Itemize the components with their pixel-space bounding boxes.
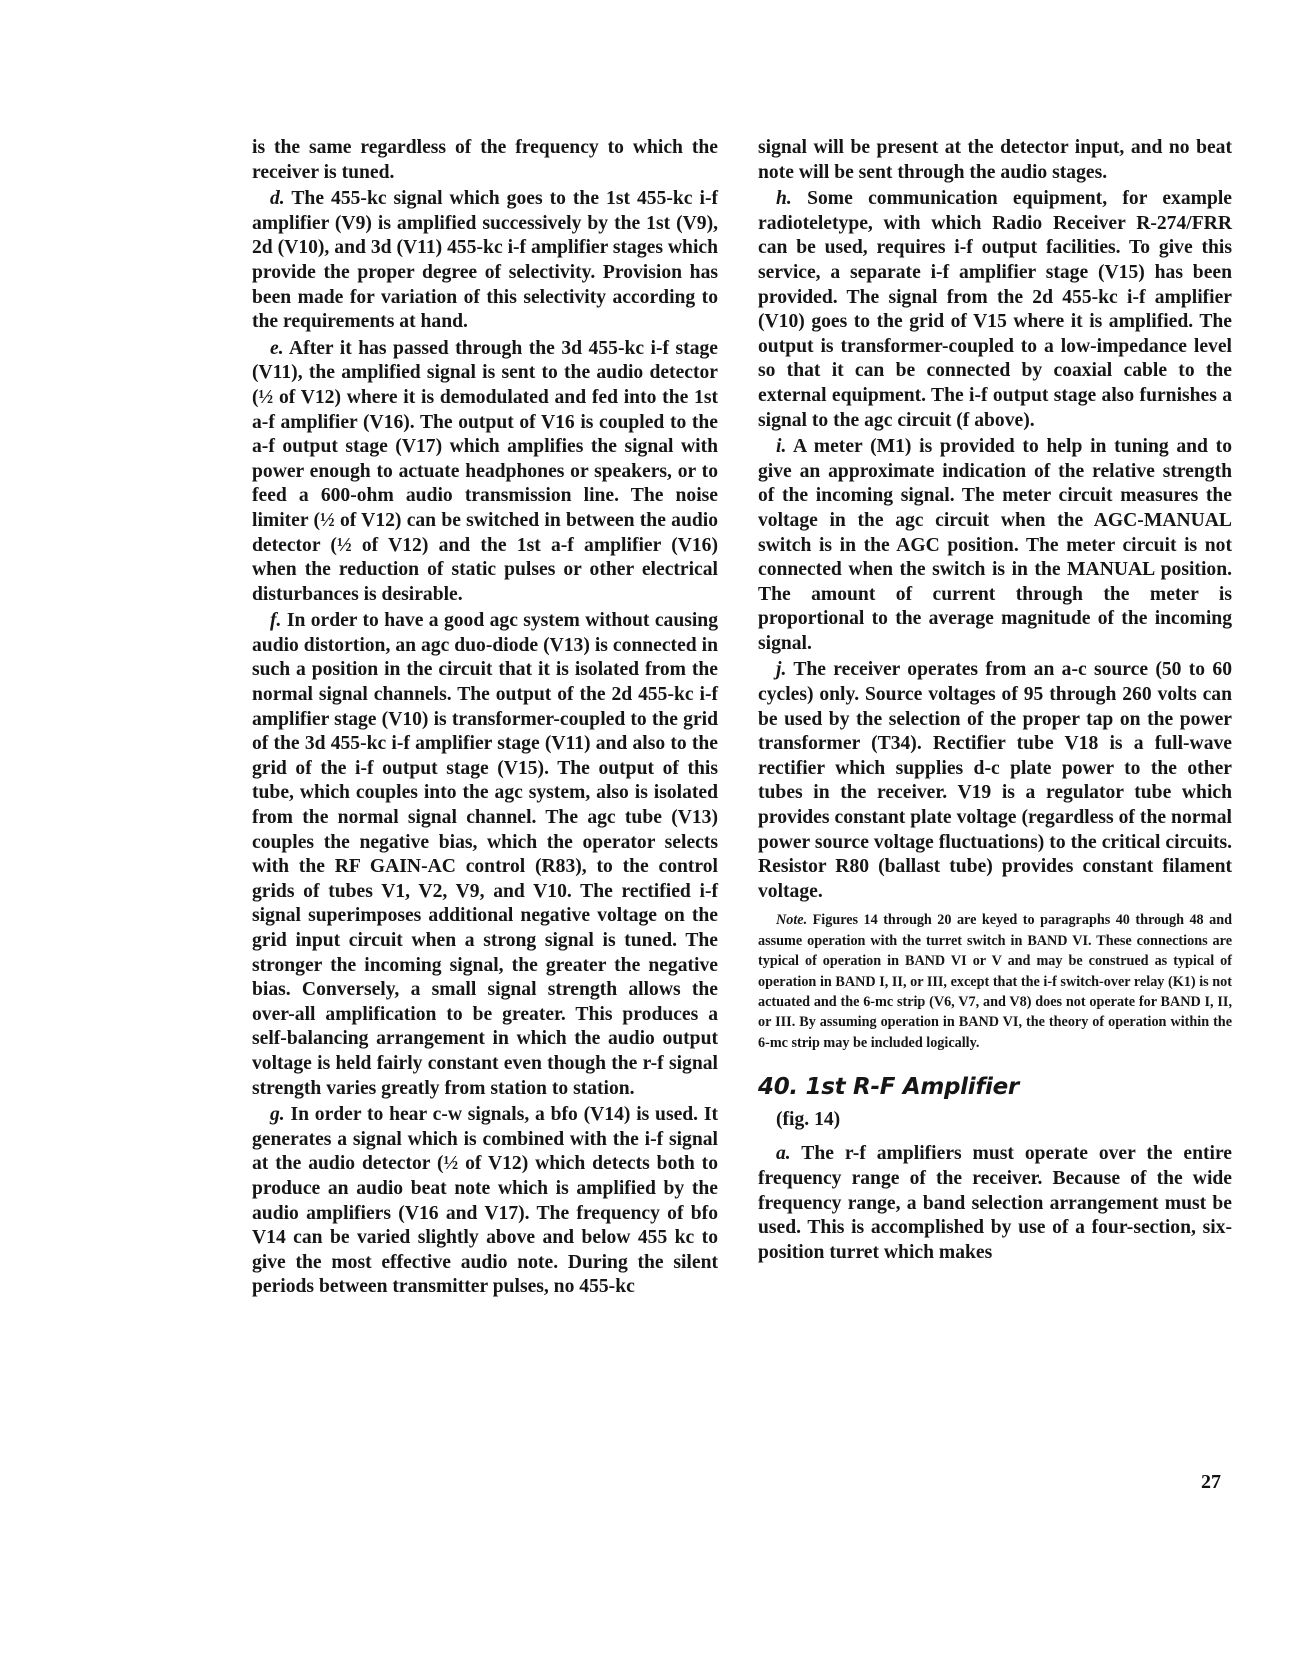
document-page: is the same regardless of the frequency … xyxy=(0,0,1304,1672)
page-number: 27 xyxy=(1201,1471,1221,1494)
paragraph-f: f. In order to have a good agc system wi… xyxy=(252,609,718,1101)
figure-reference: (fig. 14) xyxy=(758,1108,1232,1133)
continuation-text: is the same regardless of the frequency … xyxy=(252,136,718,185)
left-column: is the same regardless of the frequency … xyxy=(252,136,718,1300)
paragraph-j: j. The receiver operates from an a-c sou… xyxy=(758,658,1232,904)
paragraph-letter: g. xyxy=(270,1104,285,1125)
note-text: Figures 14 through 20 are keyed to parag… xyxy=(758,912,1232,1050)
right-column: signal will be present at the detector i… xyxy=(758,136,1232,1265)
note-label: Note. xyxy=(776,912,807,928)
paragraph-letter: i. xyxy=(776,436,786,457)
paragraph-text: After it has passed through the 3d 455-k… xyxy=(252,338,718,605)
paragraph-text: The r-f amplifiers must operate over the… xyxy=(758,1143,1232,1262)
paragraph-letter: d. xyxy=(270,188,285,209)
paragraph-d: d. The 455-kc signal which goes to the 1… xyxy=(252,187,718,335)
paragraph-text: A meter (M1) is provided to help in tuni… xyxy=(758,436,1232,654)
paragraph-i: i. A meter (M1) is provided to help in t… xyxy=(758,435,1232,656)
paragraph-g: g. In order to hear c-w signals, a bfo (… xyxy=(252,1103,718,1300)
section-heading: 40. 1st R-F Amplifier xyxy=(758,1075,1232,1100)
paragraph-e: e. After it has passed through the 3d 45… xyxy=(252,337,718,608)
paragraph-text: The 455-kc signal which goes to the 1st … xyxy=(252,188,718,332)
paragraph-letter: h. xyxy=(776,188,792,209)
note: Note. Figures 14 through 20 are keyed to… xyxy=(758,910,1232,1053)
paragraph-letter: j. xyxy=(776,659,786,680)
continuation-text: signal will be present at the detector i… xyxy=(758,136,1232,185)
paragraph-letter: e. xyxy=(270,338,284,359)
paragraph-text: In order to have a good agc system witho… xyxy=(252,610,718,1098)
paragraph-letter: a. xyxy=(776,1143,791,1164)
paragraph-text: In order to hear c-w signals, a bfo (V14… xyxy=(252,1104,718,1297)
paragraph-letter: f. xyxy=(270,610,281,631)
paragraph-text: The receiver operates from an a-c source… xyxy=(758,659,1232,901)
paragraph-text: Some communication equipment, for exampl… xyxy=(758,188,1232,430)
paragraph-a: a. The r-f amplifiers must operate over … xyxy=(758,1142,1232,1265)
paragraph-h: h. Some communication equipment, for exa… xyxy=(758,187,1232,433)
